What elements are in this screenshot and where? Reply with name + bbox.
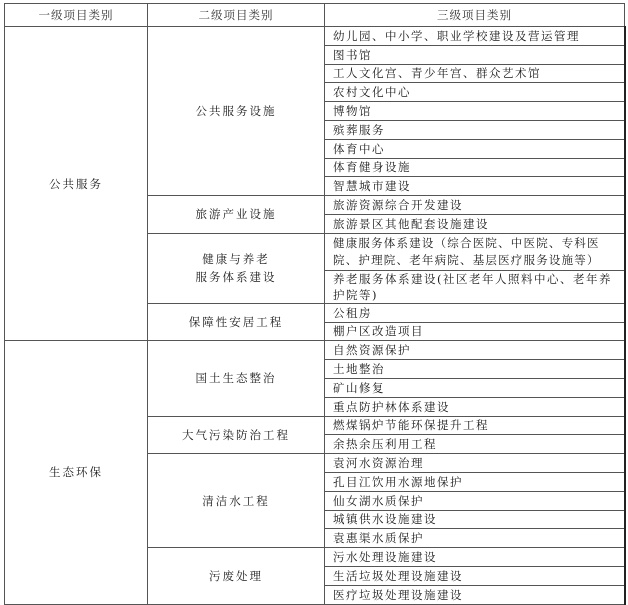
level2-cell: 健康与养老 服务体系建设 bbox=[148, 233, 325, 303]
level3-cell: 自然资源保护 bbox=[325, 341, 625, 360]
level2-cell: 大气污染防治工程 bbox=[148, 416, 325, 454]
level3-cell: 工人文化宫、青少年宫、群众艺术馆 bbox=[325, 64, 625, 83]
level3-cell: 城镇供水设施建设 bbox=[325, 510, 625, 529]
header-row: 一级项目类别 二级项目类别 三级项目类别 bbox=[5, 4, 625, 27]
level3-cell: 旅游景区其他配套设施建设 bbox=[325, 214, 625, 233]
level3-cell: 袁惠渠水质保护 bbox=[325, 529, 625, 548]
level3-cell: 燃煤锅炉节能环保提升工程 bbox=[325, 416, 625, 435]
level3-cell: 体育健身设施 bbox=[325, 158, 625, 177]
header-level1: 一级项目类别 bbox=[5, 4, 148, 27]
level3-cell: 旅游资源综合开发建设 bbox=[325, 196, 625, 215]
level2-cell: 公共服务设施 bbox=[148, 27, 325, 196]
table-row: 生态环保 国土生态整治 自然资源保护 bbox=[5, 341, 625, 360]
level3-cell: 公租房 bbox=[325, 303, 625, 322]
level2-cell: 保障性安居工程 bbox=[148, 303, 325, 341]
level3-cell: 幼儿园、中小学、职业学校建设及营运管理 bbox=[325, 27, 625, 46]
level3-cell: 博物馆 bbox=[325, 102, 625, 121]
level3-cell: 生活垃圾处理设施建设 bbox=[325, 566, 625, 585]
level1-cell: 生态环保 bbox=[5, 341, 148, 598]
table-row: 公共服务 公共服务设施 幼儿园、中小学、职业学校建设及营运管理 bbox=[5, 27, 625, 46]
level3-cell: 养老服务体系建设(社区老年人照料中心、老年养护院等) bbox=[325, 270, 625, 303]
level2-cell: 清洁水工程 bbox=[148, 454, 325, 548]
level3-cell: 土地整治 bbox=[325, 360, 625, 379]
level3-cell: 棚户区改造项目 bbox=[325, 322, 625, 341]
level3-cell: 体育中心 bbox=[325, 139, 625, 158]
level3-cell: 仙女湖水质保护 bbox=[325, 491, 625, 510]
level3-cell: 医疗垃圾处理设施建设 bbox=[325, 585, 625, 598]
level3-cell: 孔目江饮用水源地保护 bbox=[325, 472, 625, 491]
header-level3: 三级项目类别 bbox=[325, 4, 625, 27]
level2-cell: 旅游产业设施 bbox=[148, 196, 325, 234]
level2-cell: 污废处理 bbox=[148, 548, 325, 598]
level1-cell: 公共服务 bbox=[5, 27, 148, 341]
header-level2: 二级项目类别 bbox=[148, 4, 325, 27]
level2-cell: 国土生态整治 bbox=[148, 341, 325, 416]
level3-cell: 农村文化中心 bbox=[325, 83, 625, 102]
level3-cell: 重点防护林体系建设 bbox=[325, 397, 625, 416]
level3-cell: 矿山修复 bbox=[325, 378, 625, 397]
project-category-table: 一级项目类别 二级项目类别 三级项目类别 公共服务 公共服务设施 幼儿园、中小学… bbox=[4, 3, 626, 598]
level3-cell: 殡葬服务 bbox=[325, 120, 625, 139]
level3-cell: 图书馆 bbox=[325, 45, 625, 64]
level3-cell: 健康服务体系建设（综合医院、中医院、专科医院、护理院、老年病院、基层医疗服务设施… bbox=[325, 233, 625, 270]
level3-cell: 袁河水资源治理 bbox=[325, 454, 625, 473]
level3-cell: 智慧城市建设 bbox=[325, 177, 625, 196]
level3-cell: 余热余压利用工程 bbox=[325, 435, 625, 454]
level3-cell: 污水处理设施建设 bbox=[325, 548, 625, 567]
